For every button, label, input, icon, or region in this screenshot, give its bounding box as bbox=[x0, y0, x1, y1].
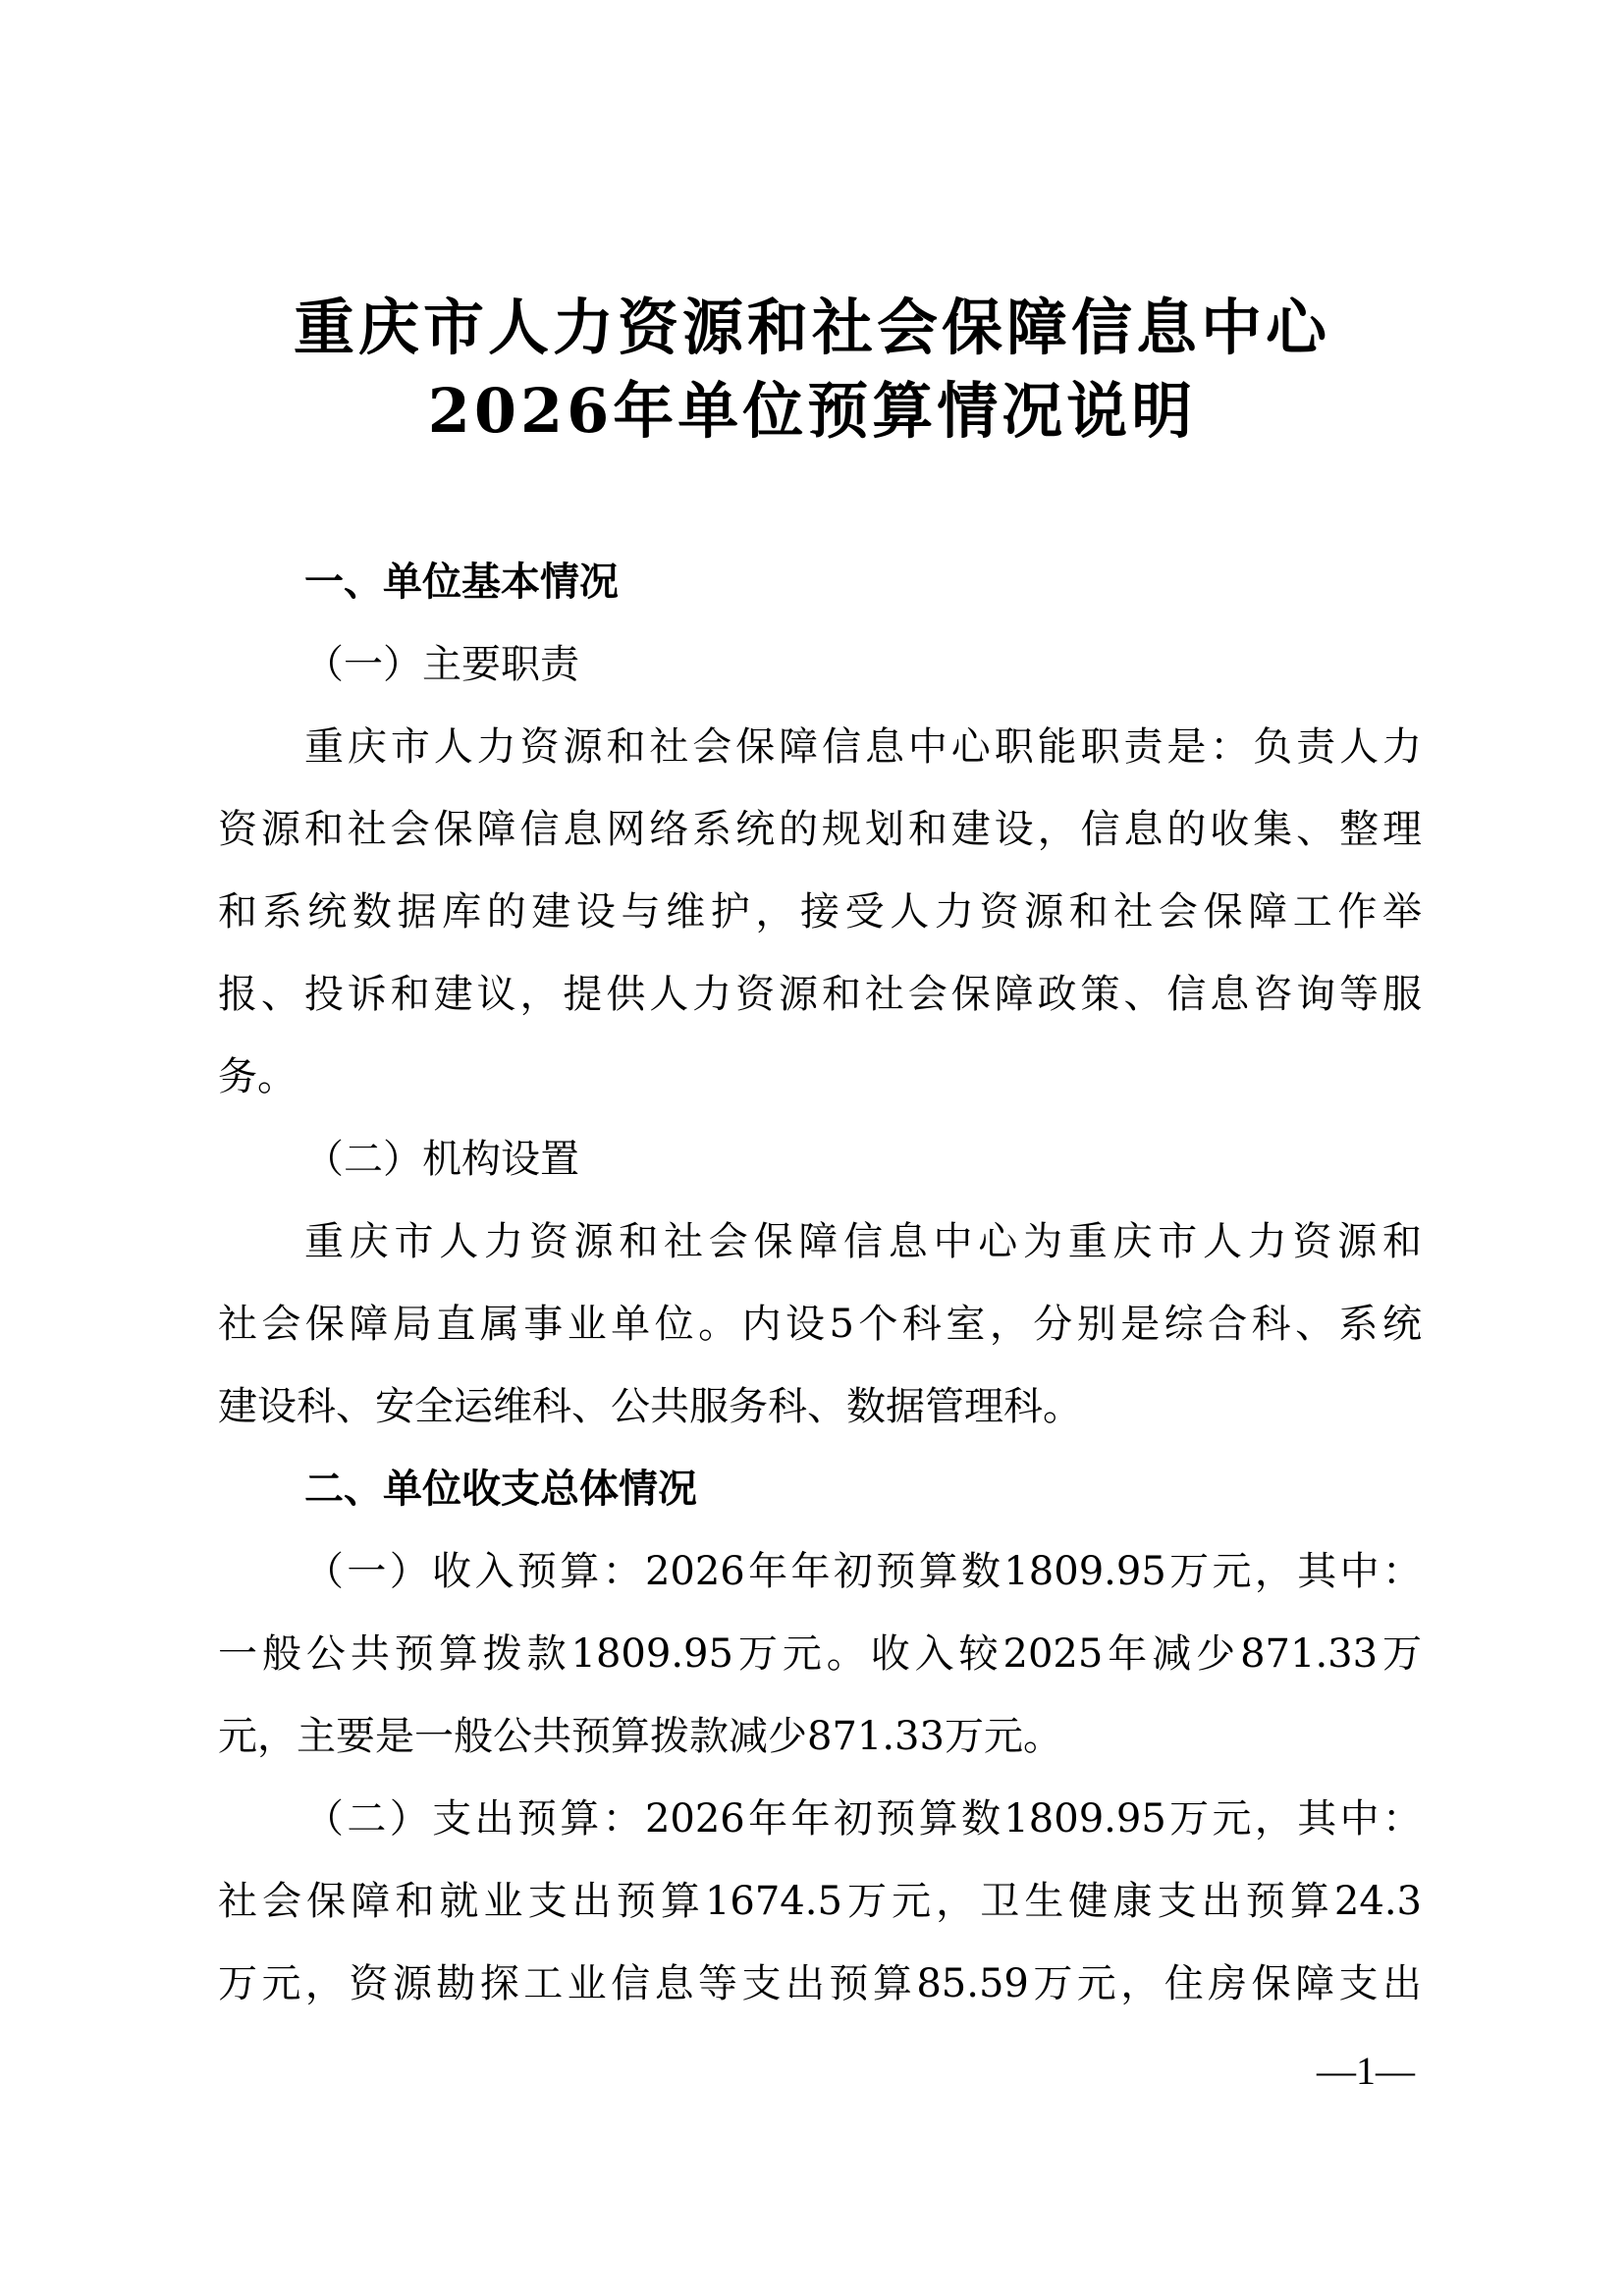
paragraph-line: 和系统数据库的建设与维护，接受人力资源和社会保障工作举 bbox=[218, 871, 1422, 953]
paragraph-line: 重庆市人力资源和社会保障信息中心职能职责是：负责人力 bbox=[304, 706, 1422, 788]
paragraph-line-income-budget: （一）收入预算：2026年年初预算数1809.95万元，其中： bbox=[304, 1530, 1422, 1613]
paragraph-line: 一般公共预算拨款1809.95万元。收入较2025年减少871.33万 bbox=[218, 1613, 1422, 1695]
paragraph-line: 社会保障局直属事业单位。内设5个科室，分别是综合科、系统 bbox=[218, 1283, 1422, 1365]
paragraph-line: 元，主要是一般公共预算拨款减少871.33万元。 bbox=[218, 1695, 1422, 1778]
section-heading-budget-overview: 二、单位收支总体情况 bbox=[304, 1448, 1422, 1530]
document-title-line-2: 2026年单位预算情况说明 bbox=[0, 381, 1624, 442]
document-page: 重庆市人力资源和社会保障信息中心 2026年单位预算情况说明 一、单位基本情况 … bbox=[0, 0, 1624, 2296]
page-number: —1— bbox=[1306, 2052, 1426, 2091]
paragraph-line: 报、投诉和建议，提供人力资源和社会保障政策、信息咨询等服 bbox=[218, 953, 1422, 1036]
paragraph-line: 重庆市人力资源和社会保障信息中心为重庆市人力资源和 bbox=[304, 1201, 1422, 1283]
paragraph-line: 务。 bbox=[218, 1036, 1422, 1118]
subsection-heading-organization: （二）机构设置 bbox=[304, 1118, 1422, 1201]
section-heading-basic-info: 一、单位基本情况 bbox=[304, 541, 1422, 623]
paragraph-line: 社会保障和就业支出预算1674.5万元，卫生健康支出预算24.3 bbox=[218, 1860, 1422, 1943]
document-title-line-1: 重庆市人力资源和社会保障信息中心 bbox=[0, 297, 1624, 358]
paragraph-line-expense-budget: （二）支出预算：2026年年初预算数1809.95万元，其中： bbox=[304, 1778, 1422, 1860]
paragraph-line: 建设科、安全运维科、公共服务科、数据管理科。 bbox=[218, 1365, 1422, 1448]
paragraph-line: 资源和社会保障信息网络系统的规划和建设，信息的收集、整理 bbox=[218, 788, 1422, 871]
subsection-heading-duties: （一）主要职责 bbox=[304, 623, 1422, 706]
paragraph-line: 万元，资源勘探工业信息等支出预算85.59万元，住房保障支出 bbox=[218, 1943, 1422, 2025]
